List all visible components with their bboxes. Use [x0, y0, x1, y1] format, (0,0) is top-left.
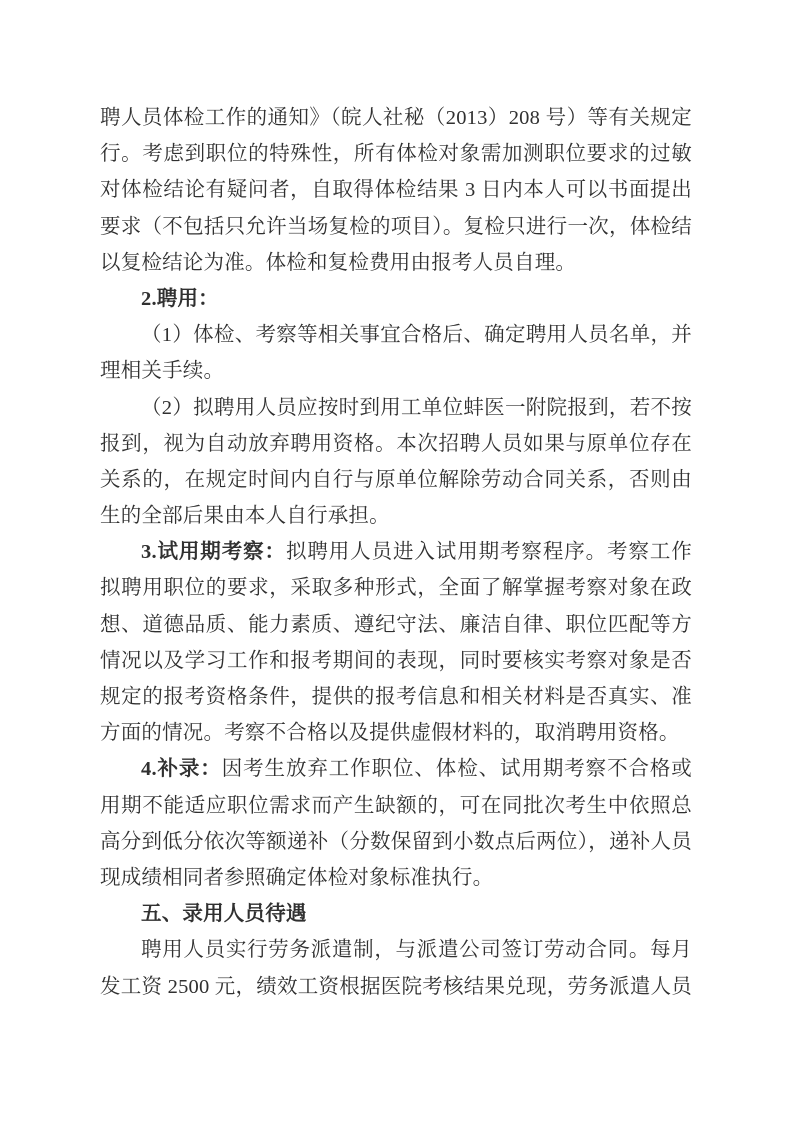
- body-text: 报到，视为自动放弃聘用资格。本次招聘人员如果与原单位存在劳动: [100, 433, 692, 462]
- body-text: 规定的报考资格条件，提供的报考信息和相关材料是否真实、准确等: [100, 686, 692, 715]
- text-line: 聘用人员实行劳务派遣制，与派遣公司签订劳动合同。每月应: [100, 932, 692, 968]
- body-text: （1）体检、考察等相关事宜合格后、确定聘用人员名单，并办: [141, 324, 692, 353]
- heading-text: 2.聘用：: [141, 288, 219, 310]
- text-line: 想、道德品质、能力素质、遵纪守法、廉洁自律、职位匹配等方面的: [100, 607, 692, 643]
- text-line: 发工资 2500 元，绩效工资根据医院考核结果兑现，劳务派遣人员在: [100, 969, 692, 1005]
- body-text: 关系的，在规定时间内自行与原单位解除劳动合同关系，否则由此产: [100, 469, 692, 498]
- text-line: 情况以及学习工作和报考期间的表现，同时要核实考察对象是否符合: [100, 643, 692, 679]
- text-line: 理相关手续。: [100, 353, 692, 389]
- body-text: 高分到低分依次等额递补（分数保留到小数点后两位），递补人员出: [100, 831, 692, 860]
- body-text: 发工资 2500 元，绩效工资根据医院考核结果兑现，劳务派遣人员在: [100, 976, 692, 1005]
- text-line: 要求（不包括只允许当场复检的项目）。复检只进行一次，体检结果: [100, 209, 692, 245]
- text-line: 方面的情况。考察不合格以及提供虚假材料的，取消聘用资格。: [100, 715, 692, 751]
- document-page: 聘人员体检工作的通知》（皖人社秘（2013）208 号）等有关规定执行。考虑到职…: [0, 0, 793, 1122]
- heading-text: 4.补录：: [141, 758, 222, 780]
- text-line: 五、录用人员待遇: [100, 896, 692, 932]
- body-text: 行。考虑到职位的特殊性，所有体检对象需加测职位要求的过敏试验。: [100, 143, 692, 172]
- body-text: 理相关手续。: [100, 360, 224, 382]
- body-text: 拟聘用职位的要求，采取多种形式，全面了解掌握考察对象在政治思: [100, 577, 692, 606]
- heading-text: 五、录用人员待遇: [141, 903, 307, 925]
- body-text: 现成绩相同者参照确定体检对象标准执行。: [100, 867, 493, 889]
- text-line: 用期不能适应职位需求而产生缺额的，可在同批次考生中依照总分从: [100, 788, 692, 824]
- body-text: 情况以及学习工作和报考期间的表现，同时要核实考察对象是否符合: [100, 650, 692, 679]
- body-text: 聘人员体检工作的通知》（皖人社秘（2013）208 号）等有关规定执: [100, 107, 692, 136]
- body-text: 因考生放弃工作职位、体检、试用期考察不合格或试: [141, 758, 692, 787]
- text-line: 聘人员体检工作的通知》（皖人社秘（2013）208 号）等有关规定执: [100, 100, 692, 136]
- text-line: 2.聘用：: [100, 281, 692, 317]
- text-line: 拟聘用职位的要求，采取多种形式，全面了解掌握考察对象在政治思: [100, 570, 692, 606]
- body-text: 对体检结论有疑问者，自取得体检结果 3 日内本人可以书面提出复检: [100, 179, 692, 208]
- body-text: 聘用人员实行劳务派遣制，与派遣公司签订劳动合同。每月应: [141, 939, 692, 968]
- body-text: 要求（不包括只允许当场复检的项目）。复检只进行一次，体检结果: [100, 216, 692, 245]
- body-text: 以复检结论为准。体检和复检费用由报考人员自理。: [100, 252, 576, 274]
- heading-text: 3.试用期考察：: [141, 541, 286, 563]
- text-line: 对体检结论有疑问者，自取得体检结果 3 日内本人可以书面提出复检: [100, 172, 692, 208]
- text-line: 报到，视为自动放弃聘用资格。本次招聘人员如果与原单位存在劳动: [100, 426, 692, 462]
- text-line: 生的全部后果由本人自行承担。: [100, 498, 692, 534]
- text-line: 以复检结论为准。体检和复检费用由报考人员自理。: [100, 245, 692, 281]
- text-line: 现成绩相同者参照确定体检对象标准执行。: [100, 860, 692, 896]
- text-line: 3.试用期考察：拟聘用人员进入试用期考察程序。考察工作根据: [100, 534, 692, 570]
- text-line: （1）体检、考察等相关事宜合格后、确定聘用人员名单，并办: [100, 317, 692, 353]
- text-line: 行。考虑到职位的特殊性，所有体检对象需加测职位要求的过敏试验。: [100, 136, 692, 172]
- body-text: 生的全部后果由本人自行承担。: [100, 505, 390, 527]
- body-text: 用期不能适应职位需求而产生缺额的，可在同批次考生中依照总分从: [100, 795, 692, 824]
- document-body: 聘人员体检工作的通知》（皖人社秘（2013）208 号）等有关规定执行。考虑到职…: [100, 100, 692, 1005]
- text-line: 高分到低分依次等额递补（分数保留到小数点后两位），递补人员出: [100, 824, 692, 860]
- text-line: 4.补录：因考生放弃工作职位、体检、试用期考察不合格或试: [100, 751, 692, 787]
- text-line: 规定的报考资格条件，提供的报考信息和相关材料是否真实、准确等: [100, 679, 692, 715]
- text-line: 关系的，在规定时间内自行与原单位解除劳动合同关系，否则由此产: [100, 462, 692, 498]
- body-text: 方面的情况。考察不合格以及提供虚假材料的，取消聘用资格。: [100, 722, 680, 744]
- text-line: （2）拟聘用人员应按时到用工单位蚌医一附院报到，若不按时: [100, 390, 692, 426]
- body-text: （2）拟聘用人员应按时到用工单位蚌医一附院报到，若不按时: [141, 397, 692, 426]
- body-text: 想、道德品质、能力素质、遵纪守法、廉洁自律、职位匹配等方面的: [100, 614, 692, 643]
